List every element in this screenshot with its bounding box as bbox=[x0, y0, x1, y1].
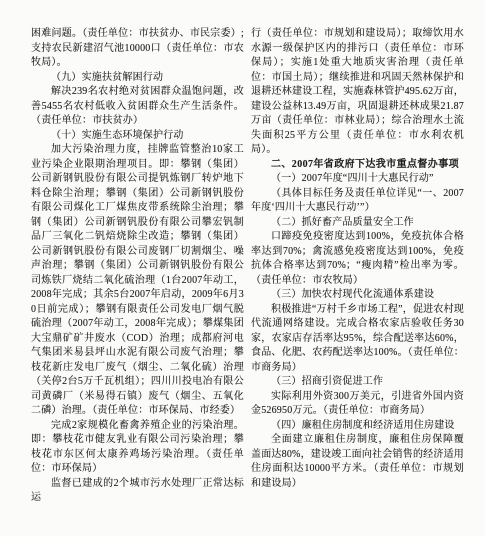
paragraph: （具体目标任务及责任单位详见“一、2007年度‘四川十大惠民行动’”） bbox=[251, 187, 464, 216]
section-heading: （二）抓好畜产品质量安全工作 bbox=[251, 216, 464, 231]
paragraph: 加大污染治理力度，挂牌监管整治10家工业污染企业限期治理项目。即：攀钢（集团）公… bbox=[31, 143, 244, 419]
right-column: 行（责任单位：市规划和建设局）；取缔饮用水水源一级保护区内的排污口（责任单位：市… bbox=[251, 27, 464, 506]
section-heading: （三）加快农村现代化流通体系建设 bbox=[251, 288, 464, 303]
section-heading: 二、2007年省政府下达我市重点督办事项 bbox=[251, 158, 464, 173]
paragraph: 全面建立廉租住房制度，廉租住房保障覆盖面达80%，建设竣工面向社会销售的经济适用… bbox=[251, 433, 464, 491]
left-column: 困难问题。（责任单位：市扶贫办、市民宗委）;支持农民新建沼气池10000口（责任… bbox=[31, 27, 244, 506]
paragraph: 完成2家规模化畜禽养殖企业的污染治理。即：攀枝花市健友乳业有限公司污染治理；攀枝… bbox=[31, 419, 244, 477]
paragraph: 积极推进“万村千乡市场工程”，促进农村现代流通网络建设。完成合格农家店验收任务3… bbox=[251, 303, 464, 376]
two-column-text-block: 困难问题。（责任单位：市扶贫办、市民宗委）;支持农民新建沼气池10000口（责任… bbox=[31, 27, 464, 506]
paragraph: 实际利用外资300万美元，引进省外国内资金526950万元。（责任单位：市商务局… bbox=[251, 390, 464, 419]
paragraph: 行（责任单位：市规划和建设局）；取缔饮用水水源一级保护区内的排污口（责任单位：市… bbox=[251, 27, 464, 158]
section-heading: （十）实施生态环境保护行动 bbox=[31, 129, 244, 144]
paragraph: 解决239名农村绝对贫困群众温饱问题，改善5455名农村低收入贫困群众生产生活条… bbox=[31, 85, 244, 129]
section-heading: （九）实施扶贫解困行动 bbox=[31, 71, 244, 86]
section-heading: （一）2007年度“四川十大惠民行动” bbox=[251, 172, 464, 187]
section-heading: （三）招商引资促进工作 bbox=[251, 375, 464, 390]
paragraph: 困难问题。（责任单位：市扶贫办、市民宗委）;支持农民新建沼气池10000口（责任… bbox=[31, 27, 244, 71]
document-page: 困难问题。（责任单位：市扶贫办、市民宗委）;支持农民新建沼气池10000口（责任… bbox=[0, 0, 485, 536]
section-heading: （四）廉租住房制度和经济适用住房建设 bbox=[251, 419, 464, 434]
paragraph: 口蹄疫免疫密度达到100%，免疫抗体合格率达到70%；禽流感免疫密度达到100%… bbox=[251, 230, 464, 288]
paragraph: 监督已建成的2个城市污水处理厂正常达标运 bbox=[31, 477, 244, 506]
